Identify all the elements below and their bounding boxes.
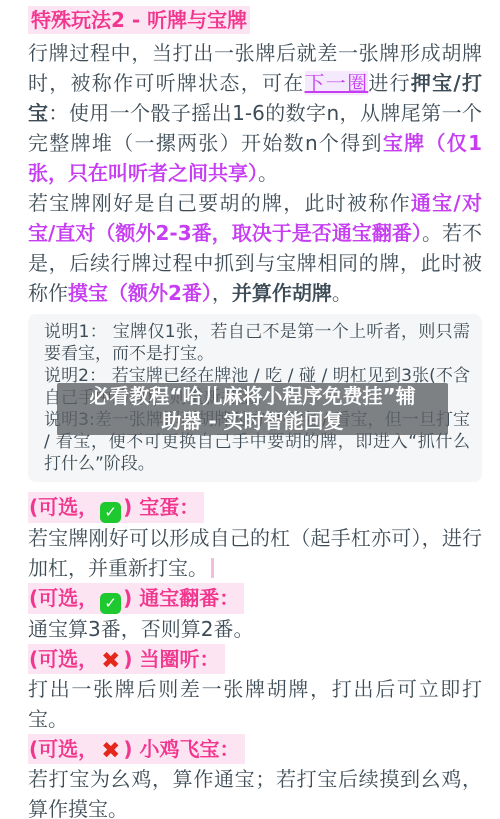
option-baodan: (可选，✓) 宝蛋： 若宝牌刚好可以形成自己的杠（起手杠亦可），进行加杠，并重新…: [28, 492, 482, 583]
option-baodan-header: (可选，✓) 宝蛋：: [28, 492, 204, 523]
option-tongbao-header: (可选，✓) 通宝翻番：: [28, 583, 244, 614]
mobao-term: 摸宝（额外2番）: [68, 281, 212, 305]
option-suffix: ) 宝蛋：: [123, 495, 199, 519]
rule-text-4: 。: [332, 281, 352, 305]
option-body-text: 若宝牌刚好可以形成自己的杠（起手杠亦可），进行加杠，并重新打宝。: [28, 526, 482, 580]
watermark-line-2: 助器 - 实时智能回复: [161, 409, 343, 434]
section-title: 特殊玩法2 - 听牌与宝牌: [28, 6, 250, 34]
option-prefix: (可选，: [29, 495, 98, 519]
intro-text-2: 进行: [368, 71, 411, 95]
watermark-line-1: 必看教程“哈儿麻将小程序免费挂”辅: [89, 384, 415, 409]
option-prefix: (可选，: [29, 737, 98, 761]
option-dangquanting-header: (可选，✖) 当圈听：: [28, 644, 225, 674]
option-prefix: (可选，: [29, 586, 98, 610]
check-icon: ✓: [100, 502, 121, 523]
note-line-1: 说明1： 宝牌仅1张，若自己不是第一个上听者，则只需要看宝，而不是打宝。: [44, 321, 470, 365]
option-suffix: ) 通宝翻番：: [123, 586, 239, 610]
check-icon: ✓: [100, 593, 121, 614]
option-dangquanting: (可选，✖) 当圈听： 打出一张牌后则差一张牌胡牌，打出后可立即打宝。: [28, 644, 482, 734]
option-dangquanting-body: 打出一张牌后则差一张牌胡牌，打出后可立即打宝。: [28, 674, 482, 734]
next-round-link[interactable]: 下一圈: [305, 71, 369, 95]
option-prefix: (可选，: [29, 647, 98, 671]
option-suffix: ) 小鸡飞宝：: [123, 737, 239, 761]
rule-paragraph: 若宝牌刚好是自己要胡的牌，此时被称作通宝/对宝/直对（额外2-3番，取决于是否通…: [28, 188, 482, 308]
rules-page: 特殊玩法2 - 听牌与宝牌 行牌过程中，当打出一张牌后就差一张牌形成胡牌时，被称…: [0, 0, 500, 819]
cross-icon: ✖: [101, 651, 120, 672]
rule-text-1: 若宝牌刚好是自己要胡的牌，此时被称作: [28, 191, 411, 215]
intro-paragraph: 行牌过程中，当打出一张牌后就差一张牌形成胡牌时，被称作可听牌状态，可在下一圈进行…: [28, 38, 482, 188]
option-xiaojifeibao: (可选，✖) 小鸡飞宝： 若打宝为幺鸡，算作通宝；若打宝后续摸到幺鸡，算作摸宝。: [28, 734, 482, 819]
intro-text-4: 。: [258, 161, 278, 185]
cross-icon: ✖: [101, 741, 120, 762]
option-xiaojifeibao-body: 若打宝为幺鸡，算作通宝；若打宝后续摸到幺鸡，算作摸宝。: [28, 764, 482, 819]
option-tongbao-body: 通宝算3番，否则算2番。: [28, 614, 482, 644]
watermark-overlay: 必看教程“哈儿麻将小程序免费挂”辅 助器 - 实时智能回复: [57, 383, 448, 435]
rule-text-3: ，: [212, 281, 232, 305]
rule-bold-term: 并算作胡牌: [232, 281, 332, 305]
option-xiaojifeibao-header: (可选，✖) 小鸡飞宝：: [28, 734, 245, 764]
option-suffix: ) 当圈听：: [123, 647, 219, 671]
option-baodan-body: 若宝牌刚好可以形成自己的杠（起手杠亦可），进行加杠，并重新打宝。: [28, 523, 482, 583]
text-caret: [211, 558, 214, 578]
option-tongbao-fanfan: (可选，✓) 通宝翻番： 通宝算3番，否则算2番。: [28, 583, 482, 644]
